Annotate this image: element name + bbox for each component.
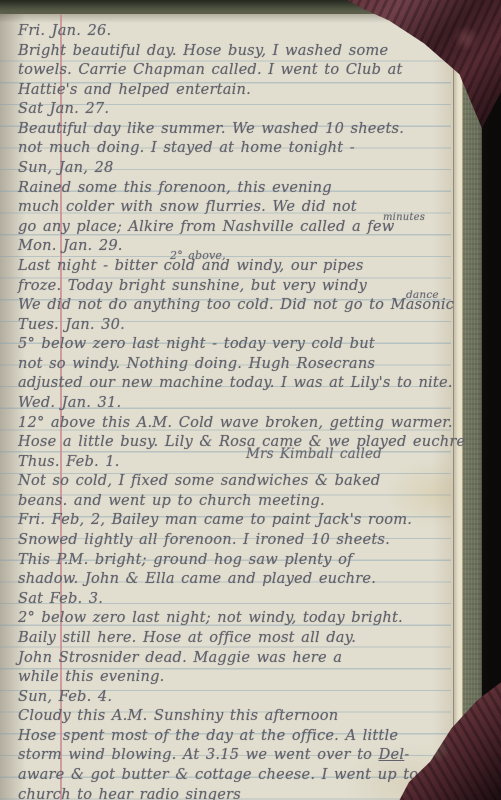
diary-line: Tues. Jan. 30. <box>18 316 458 336</box>
diary-line: aware & got butter & cottage cheese. I w… <box>18 766 458 786</box>
diary-line: Snowed lightly all forenoon. I ironed 10… <box>18 531 458 551</box>
diary-line: Wed. Jan. 31. <box>18 394 458 414</box>
interline-insertion: minutes <box>383 212 425 223</box>
diary-line: Last night - bitter cold and windy, our … <box>18 257 458 277</box>
diary-line: Sun, Jan, 28 <box>18 159 458 179</box>
diary-line: storm wind blowing. At 3.15 we went over… <box>18 746 458 766</box>
diary-line: Hose spent most of the day at the office… <box>18 727 458 747</box>
underlined-word: Del <box>379 746 405 763</box>
diary-line: Sat Feb. 3. <box>18 590 458 610</box>
handwritten-entries: Fri. Jan. 26. Bright beautiful day. Hose… <box>18 22 458 800</box>
diary-line: Baily still here. Hose at office most al… <box>18 629 458 649</box>
diary-line: Rained some this forenoon, this evening <box>18 179 458 199</box>
interline-insertion: Mrs Kimball called <box>246 446 382 462</box>
diary-line: This P.M. bright; ground hog saw plenty … <box>18 551 458 571</box>
diary-line: adjusted our new machine today. I was at… <box>18 374 458 394</box>
diary-line: while this evening. <box>18 668 458 688</box>
diary-line: John Strosnider dead. Maggie was here a <box>18 649 458 669</box>
interline-insertion: 2° above, <box>170 249 226 262</box>
diary-line: church to hear radio singers <box>18 786 458 800</box>
diary-line: Sat Jan. 27. <box>18 100 458 120</box>
diary-line: Fri. Feb, 2, Bailey man came to paint Ja… <box>18 511 458 531</box>
diary-line: Not so cold, I fixed some sandwiches & b… <box>18 472 458 492</box>
diary-line: Mon. Jan. 29. <box>18 237 458 257</box>
diary-line: 5° below zero last night - today very co… <box>18 335 458 355</box>
diary-line: towels. Carrie Chapman called. I went to… <box>18 61 458 81</box>
diary-line: beans. and went up to church meeting. <box>18 492 458 512</box>
scanned-diary-page: 91 Fri. Jan. 26. Bright beautiful day. H… <box>0 0 501 800</box>
diary-line: Fri. Jan. 26. <box>18 22 458 42</box>
diary-line: Hose a little busy. Lily & Rosa came & w… <box>18 433 458 453</box>
diary-line: froze. Today bright sunshine, but very w… <box>18 277 458 297</box>
diary-line: not much doing. I stayed at home tonight… <box>18 139 458 159</box>
diary-line-text: - <box>404 746 409 763</box>
interline-insertion: dance <box>406 289 439 301</box>
diary-line: Sun, Feb. 4. <box>18 688 458 708</box>
diary-line: Bright beautiful day. Hose busy, I washe… <box>18 42 458 62</box>
diary-line: Thus. Feb. 1. <box>18 453 458 473</box>
diary-line-text: storm wind blowing. At 3.15 we went over… <box>18 746 379 763</box>
diary-line: Cloudy this A.M. Sunshiny this afternoon <box>18 707 458 727</box>
diary-line: not so windy. Nothing doing. Hugh Rosecr… <box>18 355 458 375</box>
diary-line: 2° below zero last night; not windy, tod… <box>18 609 458 629</box>
diary-line: Hattie's and helped entertain. <box>18 81 458 101</box>
diary-line: 12° above this A.M. Cold wave broken, ge… <box>18 414 458 434</box>
diary-line: shadow. John & Ella came and played euch… <box>18 570 458 590</box>
diary-line: We did not do anything too cold. Did not… <box>18 296 458 316</box>
diary-line: Beautiful day like summer. We washed 10 … <box>18 120 458 140</box>
